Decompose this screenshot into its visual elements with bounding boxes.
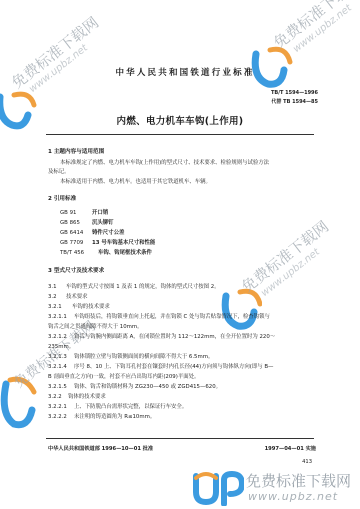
clause-text: 技术要求 [66, 294, 88, 301]
reference-code: GB 7709 [60, 240, 83, 247]
clause-text: 钩体锁腔立壁与钩锁侧面间的横向间隙不得大于 6.5mm。 [74, 354, 213, 361]
clause-number: 3.2.1.2 [48, 334, 67, 341]
reference-code: TB/T 456 [60, 250, 84, 257]
clause-text: 钩舌与钩腕内侧面距离 A，在闭锁位置时为 112～122mm，在全开位置时为 2… [74, 334, 275, 341]
document-page: 免费标准下载网 www.upbz.net 免费标准下载网 www.upbz.ne… [0, 0, 360, 509]
clause-number: 3.2.1.4 [48, 364, 67, 371]
clause-text: 钩体、钩舌和钩锁材料为 ZG230—450 或 ZGD415—620。 [74, 384, 221, 391]
section-1-heading: 1 主题内容与适用范围 [48, 147, 104, 155]
document-title: 内燃、电力机车车钩(上作用) [0, 113, 360, 127]
clause-text: 车钩组装后，将钩锁垂直向上托起，并在钩锁 C 处与钩舌贴靠情况下，检查钩锁与 [74, 314, 270, 321]
watermark-site-name-banner: 免费标准下载网 [246, 470, 351, 491]
reference-name: 沉头铆钉 [92, 220, 114, 227]
clause-number: 3.2.1.1 [48, 314, 67, 321]
reference-code: GB 91 [60, 210, 76, 217]
reference-name: 铸件尺寸公差 [92, 230, 124, 237]
replaces-standard: 代替 TB 1594—85 [271, 98, 318, 105]
clause-number: 3.2.1.3 [48, 354, 67, 361]
section-1-paragraph-2: 本标准适用于内燃、电力机车。也适用于其它铁道机车、车辆。 [60, 179, 211, 186]
clause-number: 3.2.2.1 [48, 404, 67, 411]
clause-number: 3.2.1 [48, 304, 62, 311]
watermark-url-banner: www.upbz.net [248, 490, 338, 503]
clause-text: 车钩的技术要求 [72, 304, 110, 311]
clause-text-cont: 钩舌之间之贯通间隙不得大于 10mm。 [48, 324, 143, 331]
clause-text: 车钩的型式尺寸按图 1 及表 1 的规定，钩体的型式尺寸按图 2。 [66, 284, 220, 291]
clause-number: 3.2.2.2 [48, 414, 67, 421]
reference-name: 13 号车钩基本尺寸和性能 [92, 240, 155, 247]
clause-text: 上、下防脱凸台需形状完整，以保证行车安全。 [74, 404, 187, 411]
section-2-heading: 2 引用标准 [48, 194, 76, 202]
clause-number: 3.2.2 [48, 394, 62, 401]
reference-code: GB 865 [60, 220, 80, 227]
clause-text-cont: 235mm。 [48, 344, 74, 351]
reference-code: GB 6414 [60, 230, 83, 237]
section-1-paragraph-1-cont: 及标记。 [48, 169, 70, 176]
clause-text-cont: B 剖面垂直之方向)一致，衬套不应凸出钩耳内距(209)平面处。 [48, 374, 199, 381]
issuing-organization: 中华人民共和国铁道行业标准 [0, 66, 360, 78]
approval-statement: 中华人民共和国铁道部 1996—10—01 批准 [48, 445, 153, 452]
section-3-heading: 3 型式尺寸及技术要求 [48, 266, 104, 274]
clause-number: 3.2.1.5 [48, 384, 67, 391]
reference-name: 开口销 [92, 210, 108, 217]
clause-text: 未注明的铸造圆角为 R≤10mm。 [74, 414, 155, 421]
standard-code: TB/T 1594—1996 [271, 90, 318, 96]
clause-number: 3.1 [48, 284, 57, 291]
clause-number: 3.2 [48, 294, 57, 301]
effective-date: 1997—04—01 实施 [265, 445, 316, 452]
footer-divider [46, 438, 314, 439]
reference-name: 车钩、钩尾框技术条件 [98, 250, 152, 257]
page-number: 413 [302, 459, 312, 465]
clause-text: 钩体的技术要求 [68, 394, 106, 401]
watermark-logo-icon [190, 470, 244, 506]
clause-text: 序号 8、10 上、下钩耳孔衬套在镶套时内孔长径(44)方向须与钩体纵方向(即与… [74, 364, 273, 371]
header-divider [46, 134, 314, 135]
section-1-paragraph-1: 本标准规定了内燃、电力机车车钩(上作用)的型式尺寸、技术要求、检验规则与试验方法 [60, 160, 269, 167]
